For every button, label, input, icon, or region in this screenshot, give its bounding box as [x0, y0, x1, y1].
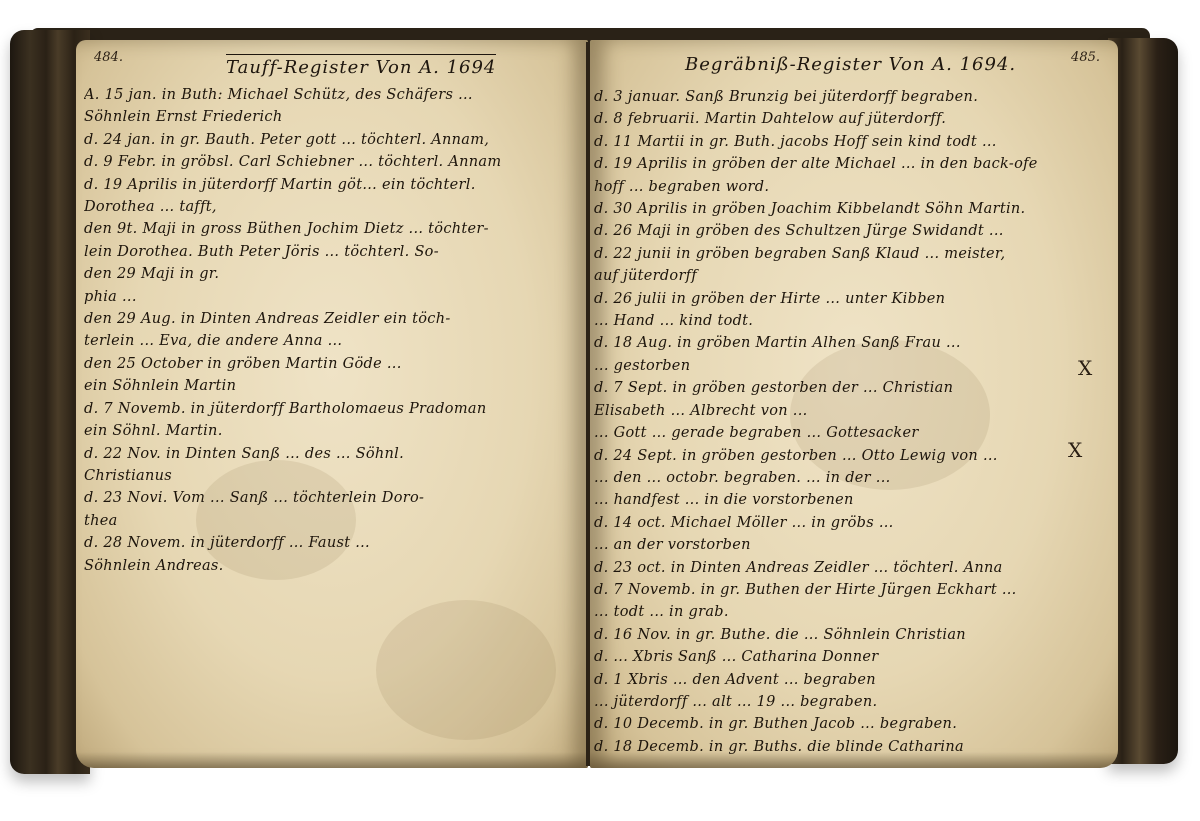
- register-entry: d. 11 Martii in gr. Buth. jacobs Hoff se…: [594, 131, 1108, 153]
- register-entry: auf jüterdorff: [594, 265, 1108, 287]
- register-entry: d. 7 Novemb. in gr. Buthen der Hirte Jür…: [594, 579, 1108, 601]
- margin-cross-mark: X: [1078, 356, 1092, 380]
- register-entry: d. 24 Sept. in gröben gestorben ... Otto…: [594, 445, 1108, 467]
- right-page: 485. Begräbniß-Register Von A. 1694. d. …: [590, 40, 1118, 768]
- register-entry: den 29 Aug. in Dinten Andreas Zeidler ei…: [84, 308, 578, 330]
- left-page: 484. Tauff-Register Von A. 1694 A. 15 ja…: [76, 40, 588, 768]
- register-entry: d. 9 Febr. in gröbsl. Carl Schiebner ...…: [84, 151, 578, 173]
- register-heading: Tauff-Register Von A. 1694: [226, 54, 496, 78]
- register-entry: ein Söhnl. Martin.: [84, 420, 578, 442]
- register-entry: lein Dorothea. Buth Peter Jöris ... töch…: [84, 241, 578, 263]
- register-entry: d. 23 oct. in Dinten Andreas Zeidler ...…: [594, 557, 1108, 579]
- register-entries: d. 3 januar. Sanß Brunzig bei jüterdorff…: [594, 86, 1108, 758]
- page-number: 485.: [1071, 50, 1100, 65]
- register-entry: Dorothea ... tafft,: [84, 196, 578, 218]
- page-edge: [590, 752, 1118, 768]
- register-entry: d. 10 Decemb. in gr. Buthen Jacob ... be…: [594, 713, 1108, 735]
- register-entry: ... handfest ... in die vorstorbenen: [594, 489, 1108, 511]
- register-entry: d. 22 junii in gröben begraben Sanß Klau…: [594, 243, 1108, 265]
- register-entry: d. ... Xbris Sanß ... Catharina Donner: [594, 646, 1108, 668]
- register-entry: d. 1 Xbris ... den Advent ... begraben: [594, 669, 1108, 691]
- register-entry: ... todt ... in grab.: [594, 601, 1108, 623]
- book-cover-right: [1108, 38, 1178, 764]
- register-entries: A. 15 jan. in Buth: Michael Schütz, des …: [84, 84, 578, 577]
- register-entry: d. 28 Novem. in jüterdorff ... Faust ...: [84, 532, 578, 554]
- register-entry: d. 19 Aprilis in jüterdorff Martin göt..…: [84, 174, 578, 196]
- register-entry: ... Hand ... kind todt.: [594, 310, 1108, 332]
- register-entry: d. 7 Sept. in gröben gestorben der ... C…: [594, 377, 1108, 399]
- register-entry: d. 22 Nov. in Dinten Sanß ... des ... Sö…: [84, 443, 578, 465]
- register-entry: ... an der vorstorben: [594, 534, 1108, 556]
- page-edge: [76, 752, 588, 768]
- register-entry: d. 18 Aug. in gröben Martin Alhen Sanß F…: [594, 332, 1108, 354]
- register-heading: Begräbniß-Register Von A. 1694.: [685, 54, 1016, 75]
- register-entry: d. 7 Novemb. in jüterdorff Bartholomaeus…: [84, 398, 578, 420]
- register-entry: d. 23 Novi. Vom ... Sanß ... töchterlein…: [84, 487, 578, 509]
- register-entry: ... den ... octobr. begraben. ... in der…: [594, 467, 1108, 489]
- page-number: 484.: [94, 50, 123, 65]
- register-entry: ... Gott ... gerade begraben ... Gottesa…: [594, 422, 1108, 444]
- register-entry: Söhnlein Ernst Friederich: [84, 106, 578, 128]
- register-entry: d. 24 jan. in gr. Bauth. Peter gott ... …: [84, 129, 578, 151]
- open-book: 484. Tauff-Register Von A. 1694 A. 15 ja…: [10, 28, 1178, 780]
- register-entry: ... jüterdorff ... alt ... 19 ... begrab…: [594, 691, 1108, 713]
- register-entry: ... gestorben: [594, 355, 1108, 377]
- register-entry: hoff ... begraben word.: [594, 176, 1108, 198]
- register-entry: Elisabeth ... Albrecht von ...: [594, 400, 1108, 422]
- register-entry: d. 14 oct. Michael Möller ... in gröbs .…: [594, 512, 1108, 534]
- register-entry: d. 26 julii in gröben der Hirte ... unte…: [594, 288, 1108, 310]
- register-entry: phia ...: [84, 286, 578, 308]
- register-entry: den 25 October in gröben Martin Göde ...: [84, 353, 578, 375]
- register-entry: d. 30 Aprilis in gröben Joachim Kibbelan…: [594, 198, 1108, 220]
- register-entry: d. 26 Maji in gröben des Schultzen Jürge…: [594, 220, 1108, 242]
- register-entry: Christianus: [84, 465, 578, 487]
- register-entry: d. 19 Aprilis in gröben der alte Michael…: [594, 153, 1108, 175]
- paper-stain: [376, 600, 556, 740]
- register-entry: d. 3 januar. Sanß Brunzig bei jüterdorff…: [594, 86, 1108, 108]
- register-entry: ein Söhnlein Martin: [84, 375, 578, 397]
- register-entry: den 29 Maji in gr.: [84, 263, 578, 285]
- register-entry: d. 16 Nov. in gr. Buthe. die ... Söhnlei…: [594, 624, 1108, 646]
- register-entry: Söhnlein Andreas.: [84, 555, 578, 577]
- margin-cross-mark: X: [1068, 438, 1082, 462]
- register-entry: A. 15 jan. in Buth: Michael Schütz, des …: [84, 84, 578, 106]
- register-entry: thea: [84, 510, 578, 532]
- register-entry: terlein ... Eva, die andere Anna ...: [84, 330, 578, 352]
- register-entry: d. 8 februarii. Martin Dahtelow auf jüte…: [594, 108, 1108, 130]
- register-entry: den 9t. Maji in gross Büthen Jochim Diet…: [84, 218, 578, 240]
